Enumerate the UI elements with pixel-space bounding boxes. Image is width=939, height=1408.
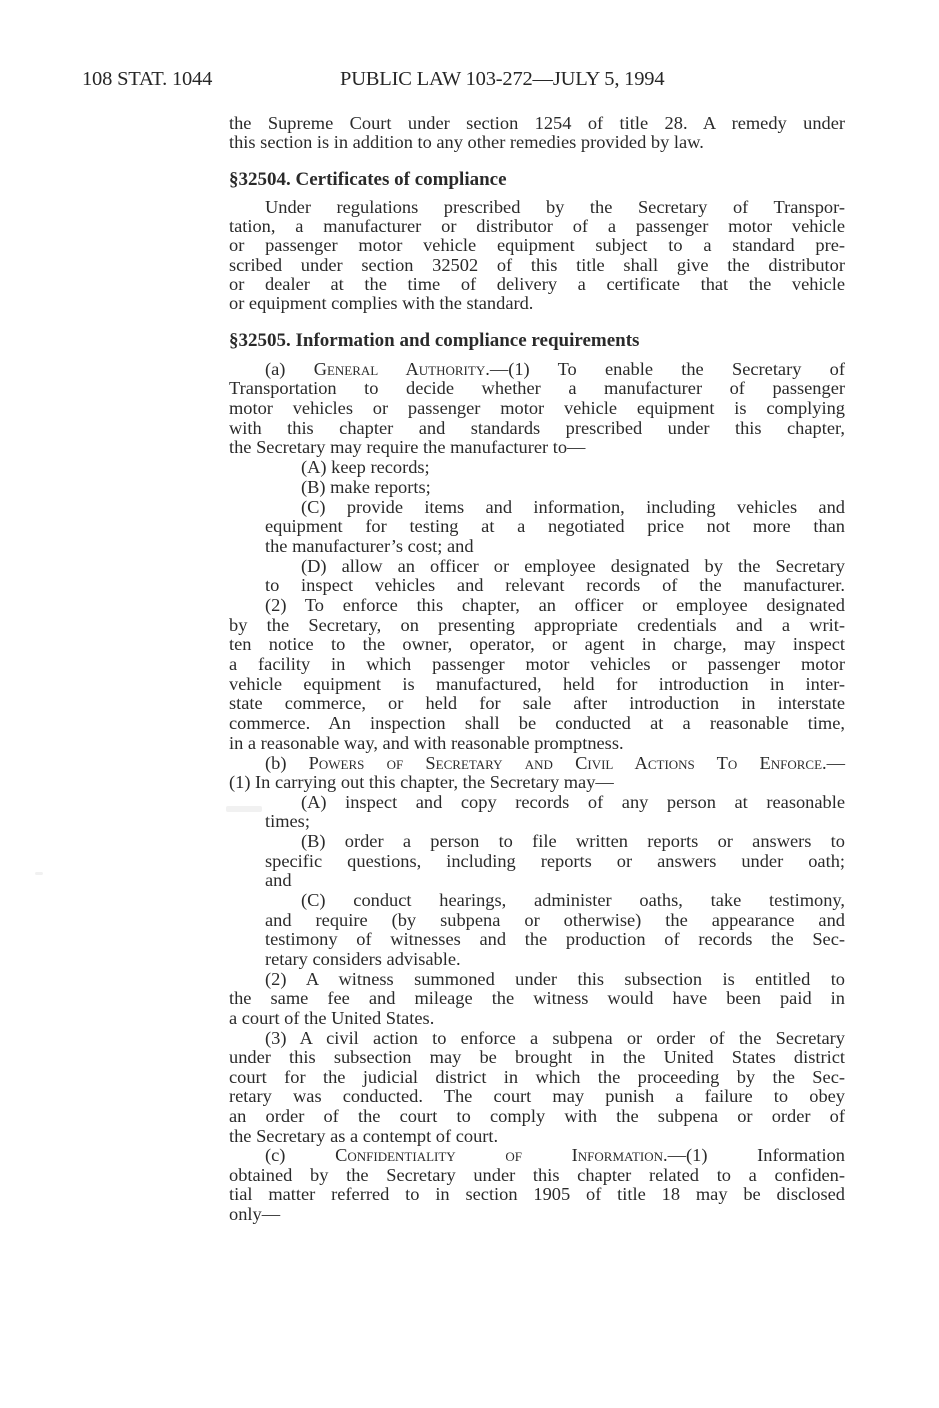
text-line: in a reasonable way, and with reasonable… bbox=[229, 733, 845, 753]
text-line: Under regulations prescribed by the Secr… bbox=[265, 197, 845, 217]
paragraph-3: (3) A civil action to enforce a subpena … bbox=[265, 1028, 845, 1048]
subsection-a-first-line: (a) General Authority.—(1) To enable the… bbox=[265, 359, 845, 379]
subsection-title: Confidentiality of Information. bbox=[335, 1145, 668, 1165]
text-line: a facility in which passenger motor vehi… bbox=[229, 654, 845, 674]
subsection-label: (b) bbox=[265, 753, 286, 773]
text-line: the Secretary as a contempt of court. bbox=[229, 1126, 845, 1146]
text-line: motor vehicles or passenger motor vehicl… bbox=[229, 398, 845, 418]
text-line: the same fee and mileage the witness wou… bbox=[229, 988, 845, 1008]
text-line: retary considers advisable. bbox=[265, 949, 845, 969]
scan-artifact bbox=[226, 806, 262, 812]
section-heading-32505: §32505. Information and compliance requi… bbox=[229, 331, 845, 351]
text-line: (1) In carrying out this chapter, the Se… bbox=[229, 772, 845, 792]
text-line: or passenger motor vehicle equipment sub… bbox=[229, 235, 845, 255]
text-line: Transportation to decide whether a manuf… bbox=[229, 378, 845, 398]
subsection-title: Powers of Secretary and Civil Actions To… bbox=[309, 753, 845, 773]
list-item-B: (B) order a person to file written repor… bbox=[301, 831, 845, 851]
text-line: court for the judicial district in which… bbox=[229, 1067, 845, 1087]
text-line: only— bbox=[229, 1204, 845, 1224]
text-line: the Secretary may require the manufactur… bbox=[229, 437, 845, 457]
text-line: retary was conducted. The court may puni… bbox=[229, 1086, 845, 1106]
text-line: times; bbox=[265, 811, 845, 831]
text-line: this section is in addition to any other… bbox=[229, 132, 845, 152]
list-item-B: (B) make reports; bbox=[301, 477, 845, 497]
section-heading-32504: §32504. Certificates of compliance bbox=[229, 170, 845, 190]
list-item-C: (C) provide items and information, inclu… bbox=[301, 497, 845, 517]
text-line: vehicle equipment is manufactured, held … bbox=[229, 674, 845, 694]
text-line: with this chapter and standards prescrib… bbox=[229, 418, 845, 438]
text-line: equipment for testing at a negotiated pr… bbox=[265, 516, 845, 536]
subsection-b-first-line: (b) Powers of Secretary and Civil Action… bbox=[265, 753, 845, 773]
text-line: to inspect vehicles and relevant records… bbox=[265, 575, 845, 595]
subsection-label: (c) bbox=[265, 1145, 285, 1165]
list-item-C: (C) conduct hearings, administer oaths, … bbox=[301, 890, 845, 910]
text-line: and bbox=[265, 870, 845, 890]
text-line: testimony of witnesses and the productio… bbox=[265, 929, 845, 949]
text-line: the Supreme Court under section 1254 of … bbox=[229, 113, 845, 133]
text-line: tial matter referred to in section 1905 … bbox=[229, 1184, 845, 1204]
text-line: by the Secretary, on presenting appropri… bbox=[229, 615, 845, 635]
text-line: an order of the court to comply with the… bbox=[229, 1106, 845, 1126]
paragraph-2: (2) To enforce this chapter, an officer … bbox=[265, 595, 845, 615]
text-line: a court of the United States. bbox=[229, 1008, 845, 1028]
text-line: or dealer at the time of delivery a cert… bbox=[229, 274, 845, 294]
text-line: ten notice to the owner, operator, or ag… bbox=[229, 634, 845, 654]
subsection-title: General Authority. bbox=[314, 359, 490, 379]
subsection-c-first-line: (c) Confidentiality of Information.—(1) … bbox=[265, 1145, 845, 1165]
text-line: state commerce, or held for sale after i… bbox=[229, 693, 845, 713]
page-body: the Supreme Court under section 1254 of … bbox=[0, 0, 939, 1408]
text-line: the manufacturer’s cost; and bbox=[265, 536, 845, 556]
scan-artifact bbox=[35, 872, 43, 875]
text-line: tation, a manufacturer or distributor of… bbox=[229, 216, 845, 236]
list-item-A: (A) keep records; bbox=[301, 457, 845, 477]
text-line: under this subsection may be brought in … bbox=[229, 1047, 845, 1067]
text-line: specific questions, including reports or… bbox=[265, 851, 845, 871]
paragraph-2: (2) A witness summoned under this subsec… bbox=[265, 969, 845, 989]
text-line: and require (by subpena or otherwise) th… bbox=[265, 910, 845, 930]
list-item-D: (D) allow an officer or employee designa… bbox=[301, 556, 845, 576]
text-line: commerce. An inspection shall be conduct… bbox=[229, 713, 845, 733]
text-line: obtained by the Secretary under this cha… bbox=[229, 1165, 845, 1185]
text-line: scribed under section 32502 of this titl… bbox=[229, 255, 845, 275]
subsection-label: (a) bbox=[265, 359, 285, 379]
list-item-A: (A) inspect and copy records of any pers… bbox=[301, 792, 845, 812]
text-line: or equipment complies with the standard. bbox=[229, 293, 845, 313]
